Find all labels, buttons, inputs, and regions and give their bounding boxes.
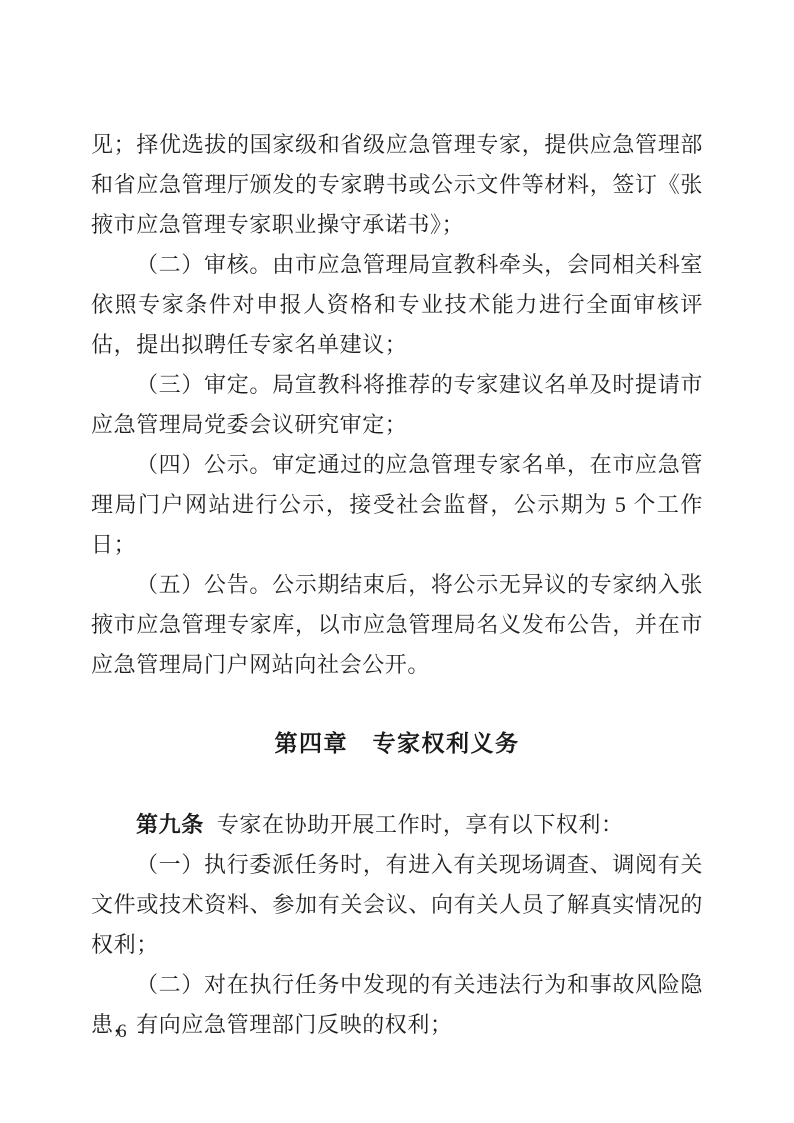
- paragraph-step-2-review: （二）审核。由市应急管理局宣教科牵头，会同相关科室依照专家条件对申报人资格和专业…: [91, 245, 703, 365]
- document-page: 见；择优选拔的国家级和省级应急管理专家，提供应急管理部和省应急管理厅颁发的专家聘…: [0, 0, 794, 1123]
- paragraph-step-3-approval: （三）审定。局宣教科将推荐的专家建议名单及时提请市应急管理局党委会议研究审定；: [91, 365, 703, 445]
- document-content: 见；择优选拔的国家级和省级应急管理专家，提供应急管理部和省应急管理厅颁发的专家聘…: [91, 125, 703, 1045]
- chapter-4-heading: 第四章 专家权利义务: [91, 723, 703, 763]
- paragraph-continuation: 见；择优选拔的国家级和省级应急管理专家，提供应急管理部和省应急管理厅颁发的专家聘…: [91, 125, 703, 245]
- article-9-line: 第九条专家在协助开展工作时，享有以下权利：: [91, 805, 703, 845]
- article-9-label: 第九条: [136, 812, 204, 837]
- article-9-text: 专家在协助开展工作时，享有以下权利：: [217, 812, 624, 837]
- paragraph-right-1: （一）执行委派任务时，有进入有关现场调查、调阅有关文件或技术资料、参加有关会议、…: [91, 845, 703, 965]
- paragraph-step-5-announcement: （五）公告。公示期结束后，将公示无异议的专家纳入张掖市应急管理专家库，以市应急管…: [91, 565, 703, 685]
- paragraph-right-2: （二）对在执行任务中发现的有关违法行为和事故风险隐患，有向应急管理部门反映的权利…: [91, 965, 703, 1045]
- page-number: - 6 -: [100, 1020, 147, 1044]
- paragraph-step-4-publicity: （四）公示。审定通过的应急管理专家名单，在市应急管理局门户网站进行公示，接受社会…: [91, 445, 703, 565]
